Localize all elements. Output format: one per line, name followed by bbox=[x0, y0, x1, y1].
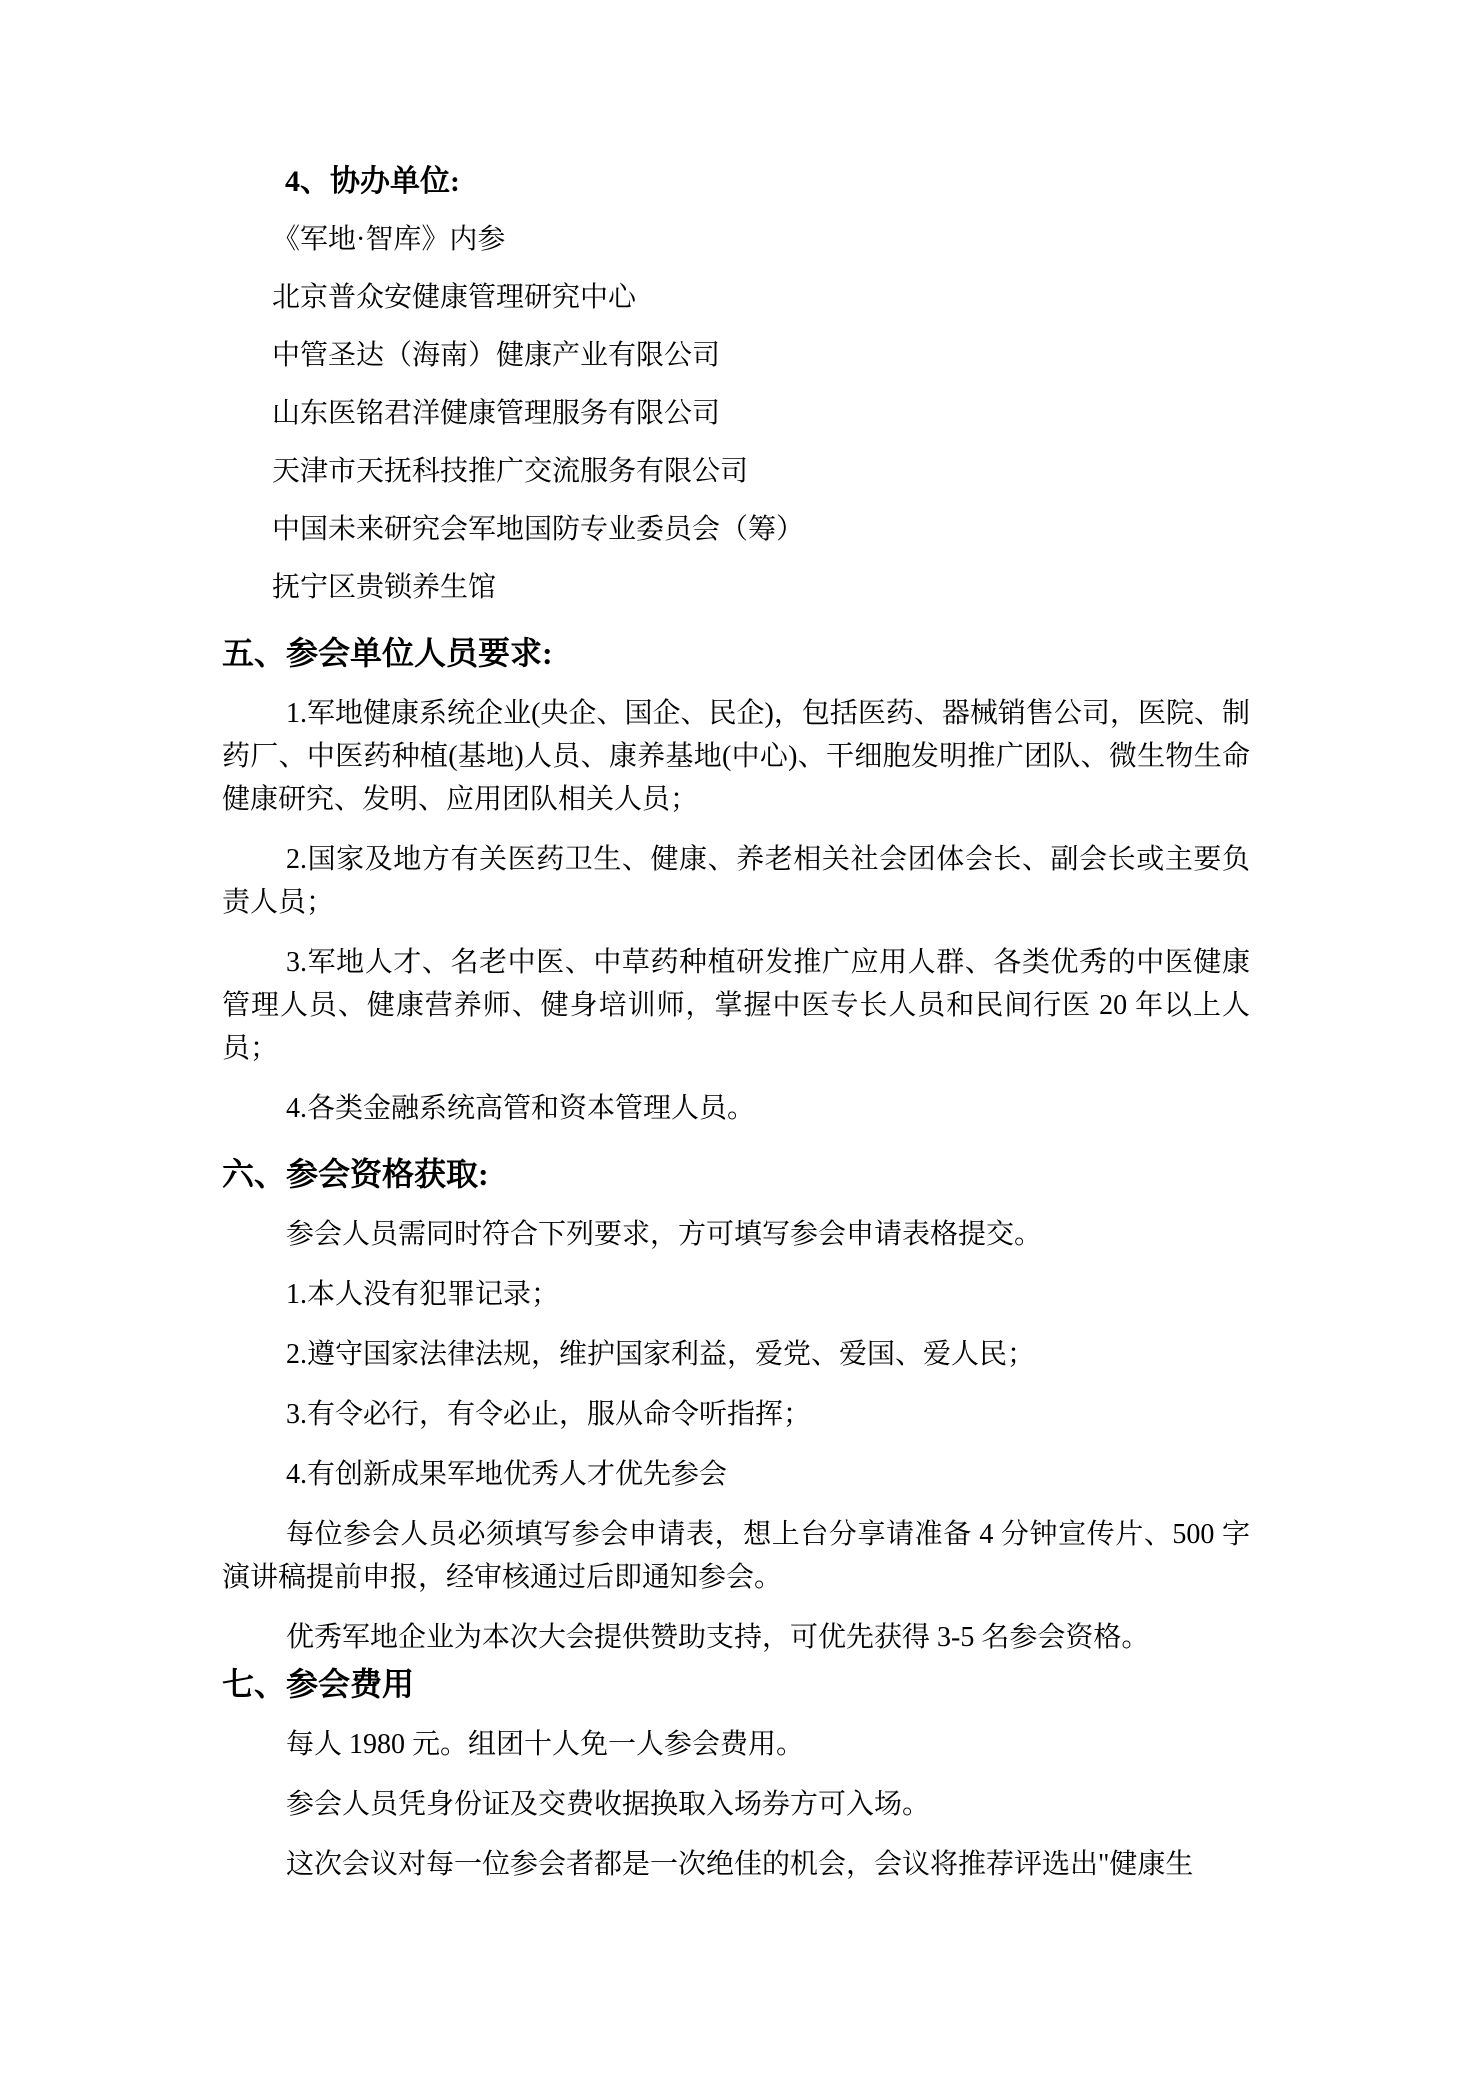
section6-application-note: 每位参会人员必须填写参会申请表，想上台分享请准备 4 分钟宣传片、500 字演讲… bbox=[222, 1513, 1250, 1599]
co-organizer-item-3: 中管圣达（海南）健康产业有限公司 bbox=[222, 334, 1250, 377]
section6-condition-2: 2.遵守国家法律法规，维护国家利益，爱党、爱国、爱人民； bbox=[222, 1333, 1250, 1376]
section5-requirement-2: 2.国家及地方有关医药卫生、健康、养老相关社会团体会长、副会长或主要负责人员； bbox=[222, 838, 1250, 924]
co-organizer-item-4: 山东医铭君洋健康管理服务有限公司 bbox=[222, 392, 1250, 435]
co-organizer-item-5: 天津市天抚科技推广交流服务有限公司 bbox=[222, 450, 1250, 493]
section6-condition-3: 3.有令必行，有令必止，服从命令听指挥； bbox=[222, 1393, 1250, 1436]
section4-heading: 4、协办单位: bbox=[222, 160, 1250, 203]
co-organizer-item-6: 中国未来研究会军地国防专业委员会（筹） bbox=[222, 508, 1250, 551]
section6-heading: 六、参会资格获取: bbox=[222, 1153, 1250, 1196]
co-organizer-item-2: 北京普众安健康管理研究中心 bbox=[222, 276, 1250, 319]
section7-fee: 每人 1980 元。组团十人免一人参会费用。 bbox=[222, 1723, 1250, 1766]
section7-heading: 七、参会费用 bbox=[222, 1663, 1250, 1706]
section5-heading: 五、参会单位人员要求: bbox=[222, 632, 1250, 675]
document-body: 4、协办单位: 《军地·智库》内参 北京普众安健康管理研究中心 中管圣达（海南）… bbox=[0, 0, 1471, 2080]
section6-intro: 参会人员需同时符合下列要求，方可填写参会申请表格提交。 bbox=[222, 1213, 1250, 1256]
section6-condition-1: 1.本人没有犯罪记录； bbox=[222, 1273, 1250, 1316]
section6-condition-4: 4.有创新成果军地优秀人才优先参会 bbox=[222, 1453, 1250, 1496]
section5-requirement-1: 1.军地健康系统企业(央企、国企、民企)，包括医药、器械销售公司，医院、制药厂、… bbox=[222, 692, 1250, 821]
co-organizer-item-1: 《军地·智库》内参 bbox=[222, 218, 1250, 261]
section7-admission: 参会人员凭身份证及交费收据换取入场券方可入场。 bbox=[222, 1783, 1250, 1826]
section5-requirement-4: 4.各类金融系统高管和资本管理人员。 bbox=[222, 1087, 1250, 1130]
document-page: { "page": { "background_color": "#ffffff… bbox=[0, 0, 1471, 2080]
section5-requirement-3: 3.军地人才、名老中医、中草药种植研发推广应用人群、各类优秀的中医健康管理人员、… bbox=[222, 941, 1250, 1070]
section7-opportunity: 这次会议对每一位参会者都是一次绝佳的机会，会议将推荐评选出"健康生 bbox=[222, 1843, 1250, 1886]
section6-sponsor-note: 优秀军地企业为本次大会提供赞助支持，可优先获得 3-5 名参会资格。 bbox=[222, 1616, 1250, 1659]
co-organizer-item-7: 抚宁区贵锁养生馆 bbox=[222, 566, 1250, 609]
